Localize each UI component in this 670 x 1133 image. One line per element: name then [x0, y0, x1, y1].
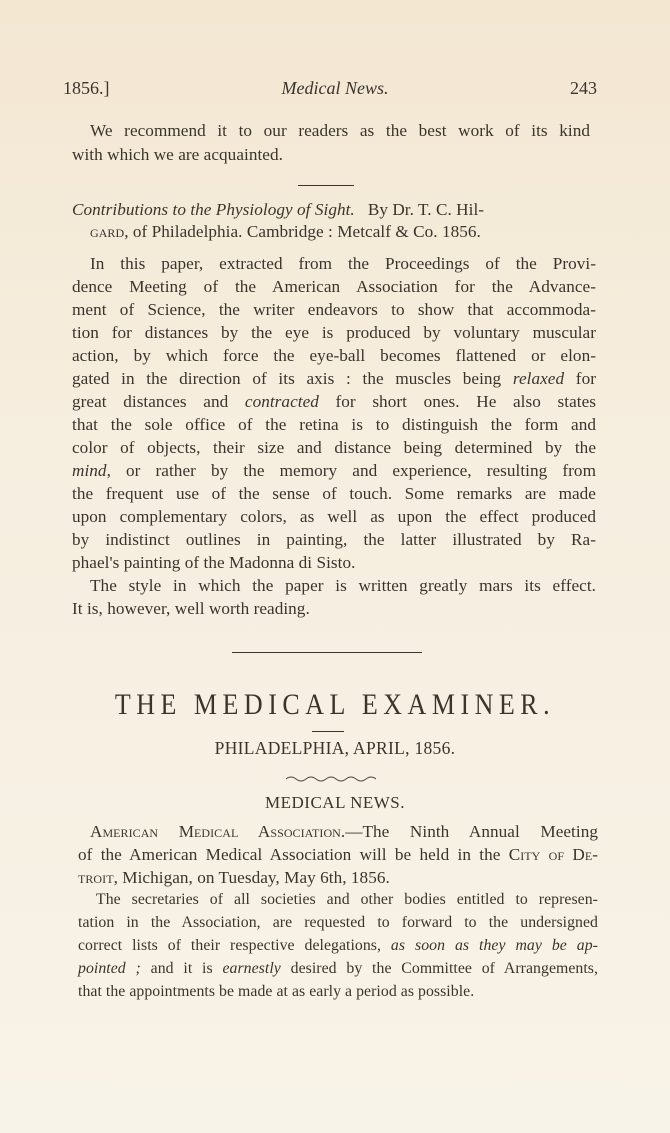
text-line: ment of Science, the writer endeavors to… — [72, 300, 596, 320]
text-line: correct lists of their respective delega… — [78, 937, 598, 955]
citation-publisher: , of Philadelphia. Cambridge : Metcalf &… — [124, 222, 481, 241]
text-span: desired by the Committee of Arrangements… — [281, 960, 598, 977]
emphasis: as soon as they may be ap- — [391, 937, 598, 954]
text-span: , or rather by the memory and experience… — [107, 461, 596, 480]
news-line-2: of the American Medical Association will… — [78, 845, 598, 865]
citation-line-2: gard, of Philadelphia. Cambridge : Metca… — [90, 222, 481, 242]
text-line: We recommend it to our readers as the be… — [90, 121, 590, 141]
masthead-subtitle: PHILADELPHIA, APRIL, 1856. — [0, 738, 670, 759]
scanned-page: 1856.] Medical News. 243 We recommend it… — [0, 0, 670, 1133]
text-line: In this paper, extracted from the Procee… — [90, 254, 596, 274]
text-line: action, by which force the eye-ball beco… — [72, 346, 596, 366]
emphasis: pointed ; — [78, 960, 141, 977]
text-line: that the sole office of the retina is to… — [72, 415, 596, 435]
short-divider — [298, 185, 354, 186]
text-span: of the American Medical Association will… — [78, 845, 509, 864]
text-line: mind, or rather by the memory and experi… — [72, 461, 596, 481]
text-line: the frequent use of the sense of touch. … — [72, 484, 596, 504]
citation-author-cont: gard — [90, 222, 124, 241]
text-line: tation in the Association, are requested… — [78, 914, 598, 932]
text-line: color of objects, their size and distanc… — [72, 438, 596, 458]
text-span: great distances and — [72, 392, 245, 411]
text-span: gated in the direction of its axis : the… — [72, 369, 513, 388]
text-line: gated in the direction of its axis : the… — [72, 369, 596, 389]
masthead-title: THE MEDICAL EXAMINER. — [0, 688, 670, 723]
emphasis: relaxed — [513, 369, 564, 388]
text-span: , Michigan, on Tuesday, May 6th, 1856. — [114, 868, 390, 887]
emphasis: earnestly — [222, 960, 280, 977]
text-span: for short ones. He also states — [319, 392, 596, 411]
text-line: tion for distances by the eye is produce… — [72, 323, 596, 343]
section-divider — [232, 652, 422, 653]
text-span: correct lists of their respective delega… — [78, 937, 391, 954]
page-number: 243 — [570, 78, 597, 99]
news-line-3: troit, Michigan, on Tuesday, May 6th, 18… — [78, 868, 390, 888]
section-title: MEDICAL NEWS. — [0, 793, 670, 813]
text-line: The style in which the paper is written … — [90, 576, 596, 596]
citation-line-1: Contributions to the Physiology of Sight… — [72, 200, 484, 220]
emphasis: contracted — [245, 392, 319, 411]
text-line: phael's painting of the Madonna di Sisto… — [72, 553, 355, 573]
text-line: The secretaries of all societies and oth… — [96, 891, 598, 909]
masthead-rule — [312, 731, 344, 732]
text-line: that the appointments be made at as earl… — [78, 983, 474, 1001]
news-heading: American Medical Association. — [90, 822, 345, 841]
news-line-1: American Medical Association.—The Ninth … — [90, 822, 598, 842]
wavy-ornament-icon — [286, 774, 376, 782]
emphasis: mind — [72, 461, 107, 480]
text-line: It is, however, well worth reading. — [72, 599, 310, 619]
text-line: pointed ; and it is earnestly desired by… — [78, 960, 598, 978]
text-span: —The Ninth Annual Meeting — [345, 822, 598, 841]
text-line: upon complementary colors, as well as up… — [72, 507, 596, 527]
place-name: troit — [78, 868, 114, 887]
place-name: City of De- — [509, 845, 598, 864]
text-line: with which we are acquainted. — [72, 145, 283, 165]
text-span: and it is — [141, 960, 223, 977]
text-line: dence Meeting of the American Associatio… — [72, 277, 596, 297]
text-span: for — [564, 369, 596, 388]
citation-author: By Dr. T. C. Hil- — [368, 200, 484, 219]
text-line: great distances and contracted for short… — [72, 392, 596, 412]
book-title: Contributions to the Physiology of Sight… — [72, 200, 355, 219]
text-line: by indistinct outlines in painting, the … — [72, 530, 596, 550]
